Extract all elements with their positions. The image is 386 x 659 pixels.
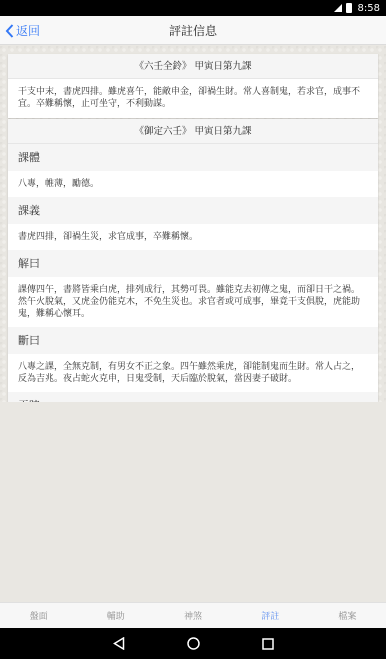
section-text-duanyue: 八專之課，全無克制，有男女不正之象。四午雖然乘虎，卻能制鬼而生財。常人占之，反為… bbox=[8, 354, 378, 392]
commentary-scroll-view[interactable]: 《六壬全鈴》 甲寅日第九課 干支中末，書虎四排。雖虎喜午，能敵申金，卻禍生財。常… bbox=[0, 46, 386, 402]
section-text-keti: 八專，帷薄，勵德。 bbox=[8, 171, 378, 197]
section-heading-tianshi: 天時 bbox=[8, 392, 378, 402]
back-button[interactable]: 返回 bbox=[5, 16, 40, 45]
card-text: 干支中末，書虎四排。雖虎喜午，能敵申金，卻禍生財。常人喜制鬼，若求官，成事不宜。… bbox=[8, 79, 378, 118]
triangle-back-icon bbox=[113, 637, 125, 650]
tab-panmian[interactable]: 盤面 bbox=[0, 609, 77, 622]
clock: 8:58 bbox=[358, 3, 380, 14]
section-heading-duanyue: 斷曰 bbox=[8, 327, 378, 354]
system-recents-button[interactable] bbox=[262, 638, 274, 650]
page-title: 評註信息 bbox=[169, 22, 217, 39]
signal-icon bbox=[334, 4, 342, 12]
bottom-tab-bar: 盤面 輔助 神煞 評註 檔案 bbox=[0, 602, 386, 628]
quanling-card: 《六壬全鈴》 甲寅日第九課 干支中末，書虎四排。雖虎喜午，能敵申金，卻禍生財。常… bbox=[8, 54, 378, 118]
section-text-jieyue: 課傳四午，書將皆乘白虎，排列成行，其勢可畏。雖能克去初傳之鬼，而卻日干之禍。然午… bbox=[8, 277, 378, 327]
section-text-keyi: 書虎四排，卻禍生災，求官成事，卒難稱懷。 bbox=[8, 224, 378, 250]
circle-home-icon bbox=[187, 637, 200, 650]
section-heading-jieyue: 解曰 bbox=[8, 250, 378, 277]
system-home-button[interactable] bbox=[187, 637, 200, 650]
battery-icon bbox=[346, 3, 352, 13]
tab-fuzhu[interactable]: 輔助 bbox=[77, 609, 154, 622]
section-heading-keti: 課體 bbox=[8, 144, 378, 171]
back-label: 返回 bbox=[16, 22, 40, 39]
navigation-bar: 返回 評註信息 bbox=[0, 16, 386, 45]
tab-pingzhu[interactable]: 評註 bbox=[232, 609, 309, 622]
section-heading-keyi: 課義 bbox=[8, 197, 378, 224]
tab-shensha[interactable]: 神煞 bbox=[154, 609, 231, 622]
square-recents-icon bbox=[262, 638, 274, 650]
system-navigation-bar bbox=[0, 628, 386, 659]
card-title: 《六壬全鈴》 甲寅日第九課 bbox=[8, 54, 378, 79]
status-bar: 8:58 bbox=[0, 0, 386, 16]
system-back-button[interactable] bbox=[113, 637, 125, 650]
card-title: 《御定六壬》 甲寅日第九課 bbox=[8, 119, 378, 144]
yuding-card: 《御定六壬》 甲寅日第九課 課體 八專，帷薄，勵德。 課義 書虎四排，卻禍生災，… bbox=[8, 119, 378, 402]
chevron-left-icon bbox=[5, 24, 14, 38]
tab-dangan[interactable]: 檔案 bbox=[309, 609, 386, 622]
